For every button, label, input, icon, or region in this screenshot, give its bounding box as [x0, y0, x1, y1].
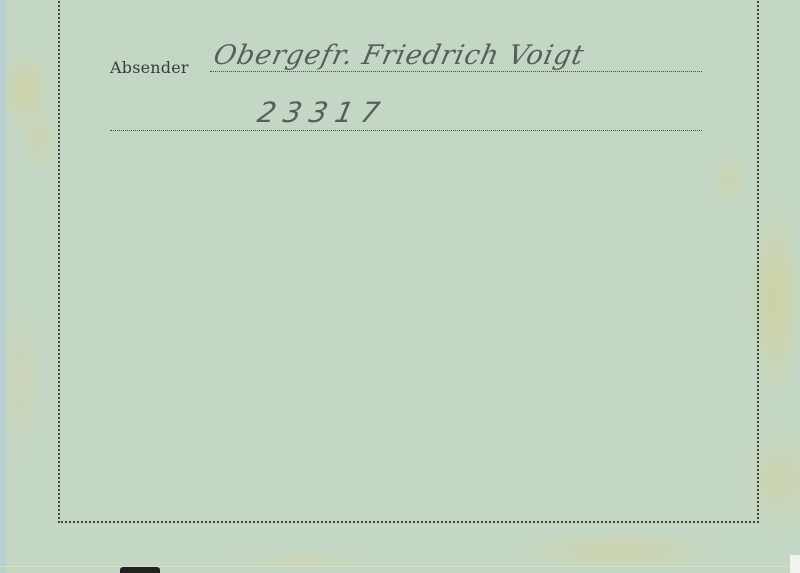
- sender-label: Absender: [110, 58, 189, 77]
- fold-line: [0, 566, 790, 567]
- sender-line-1: [210, 71, 702, 72]
- scan-artifact: [120, 567, 160, 573]
- scan-edge: [0, 0, 6, 573]
- sender-number-handwritten: 23317: [254, 96, 390, 129]
- sender-name-handwritten: Obergefr. Friedrich Voigt: [211, 40, 587, 71]
- dotted-frame: [58, 0, 759, 523]
- torn-corner: [790, 555, 800, 573]
- sender-line-2: [110, 130, 702, 131]
